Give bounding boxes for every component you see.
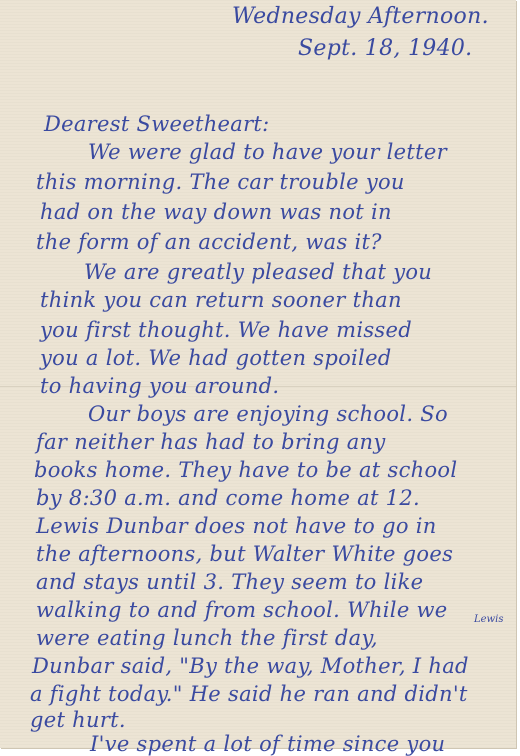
- letter-line: by 8:30 a.m. and come home at 12.: [36, 486, 420, 510]
- letter-line: the form of an accident, was it?: [36, 230, 382, 254]
- letter-line: to having you around.: [40, 374, 279, 398]
- letter-page: Wednesday Afternoon. Sept. 18, 1940. Dea…: [0, 0, 516, 748]
- letter-line: had on the way down was not in: [40, 200, 392, 224]
- letter-line: this morning. The car trouble you: [36, 170, 405, 194]
- letter-line: you first thought. We have missed: [40, 318, 412, 342]
- letter-line: and stays until 3. They seem to like: [36, 570, 423, 594]
- letter-line: you a lot. We had gotten spoiled: [40, 346, 392, 370]
- inserted-word: Lewis: [474, 614, 503, 625]
- letter-line: get hurt.: [30, 708, 126, 732]
- letter-line: We are greatly pleased that you: [84, 260, 432, 284]
- letter-line: were eating lunch the first day,: [36, 626, 378, 650]
- letter-line: Our boys are enjoying school. So: [88, 402, 448, 426]
- letter-line: We were glad to have your letter: [88, 140, 447, 164]
- letter-line: a fight today." He said he ran and didn'…: [30, 682, 468, 706]
- letter-line: books home. They have to be at school: [34, 458, 457, 482]
- letter-line: the afternoons, but Walter White goes: [36, 542, 453, 566]
- letter-line: Lewis Dunbar does not have to go in: [36, 514, 437, 538]
- letter-line: Dunbar said, "By the way, Mother, I had: [32, 654, 469, 678]
- letter-day: Wednesday Afternoon.: [232, 4, 489, 29]
- letter-line: I've spent a lot of time since you: [90, 732, 445, 754]
- letter-line: think you can return sooner than: [40, 288, 402, 312]
- letter-line: far neither has had to bring any: [36, 430, 386, 454]
- letter-line: walking to and from school. While we: [36, 598, 448, 622]
- letter-date: Sept. 18, 1940.: [298, 36, 472, 61]
- salutation: Dearest Sweetheart:: [44, 112, 270, 136]
